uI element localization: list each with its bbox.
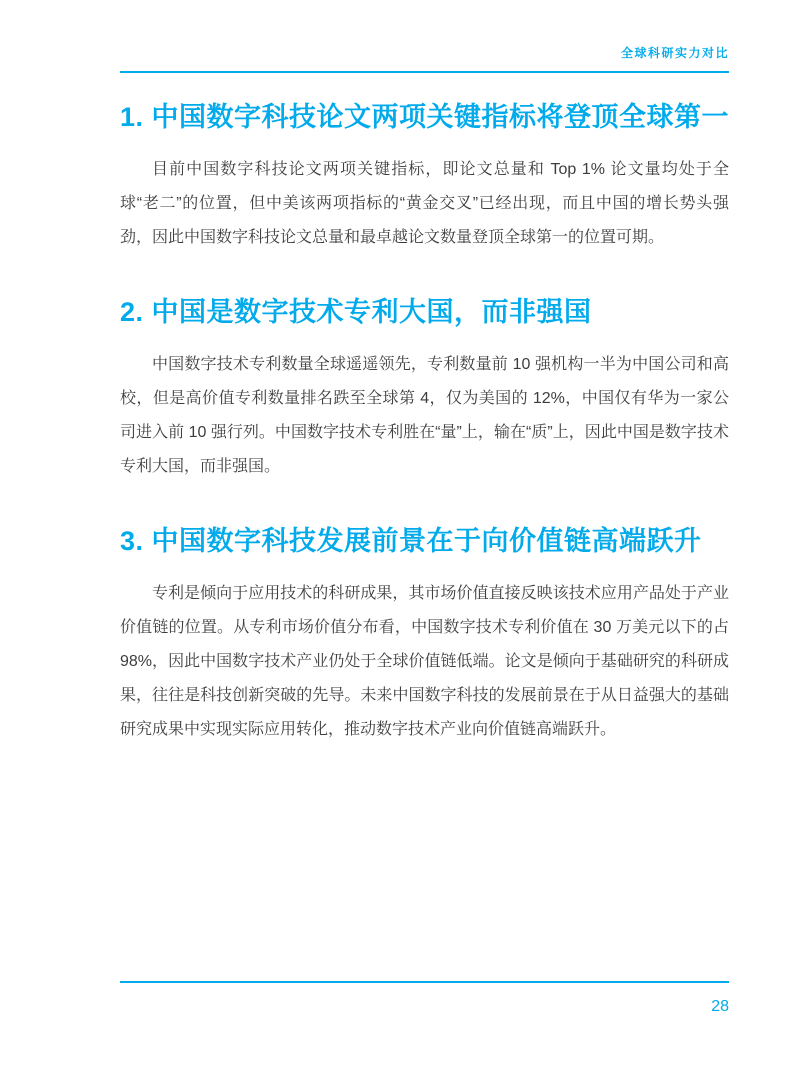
section-2-paragraph: 中国数字技术专利数量全球遥遥领先，专利数量前 10 强机构一半为中国公司和高校，…: [120, 348, 729, 484]
page-header: 全球科研实力对比: [120, 44, 729, 62]
page-number: 28: [711, 997, 729, 1017]
footer-divider: [120, 981, 729, 983]
section-3: 3. 中国数字科技发展前景在于向价值链高端跃升 专利是倾向于应用技术的科研成果，…: [120, 521, 729, 747]
page-content: 1. 中国数字科技论文两项关键指标将登顶全球第一 目前中国数字科技论文两项关键指…: [120, 89, 729, 747]
header-divider: [120, 71, 729, 73]
section-2: 2. 中国是数字技术专利大国，而非强国 中国数字技术专利数量全球遥遥领先，专利数…: [120, 292, 729, 484]
section-2-heading: 2. 中国是数字技术专利大国，而非强国: [120, 292, 729, 332]
document-page: 全球科研实力对比 1. 中国数字科技论文两项关键指标将登顶全球第一 目前中国数字…: [0, 0, 793, 1077]
section-1-heading: 1. 中国数字科技论文两项关键指标将登顶全球第一: [120, 97, 729, 137]
section-3-paragraph: 专利是倾向于应用技术的科研成果，其市场价值直接反映该技术应用产品处于产业价值链的…: [120, 577, 729, 747]
section-1-paragraph: 目前中国数字科技论文两项关键指标，即论文总量和 Top 1% 论文量均处于全球“…: [120, 153, 729, 255]
section-1: 1. 中国数字科技论文两项关键指标将登顶全球第一 目前中国数字科技论文两项关键指…: [120, 97, 729, 255]
section-3-heading: 3. 中国数字科技发展前景在于向价值链高端跃升: [120, 521, 729, 561]
running-header-title: 全球科研实力对比: [621, 46, 729, 60]
